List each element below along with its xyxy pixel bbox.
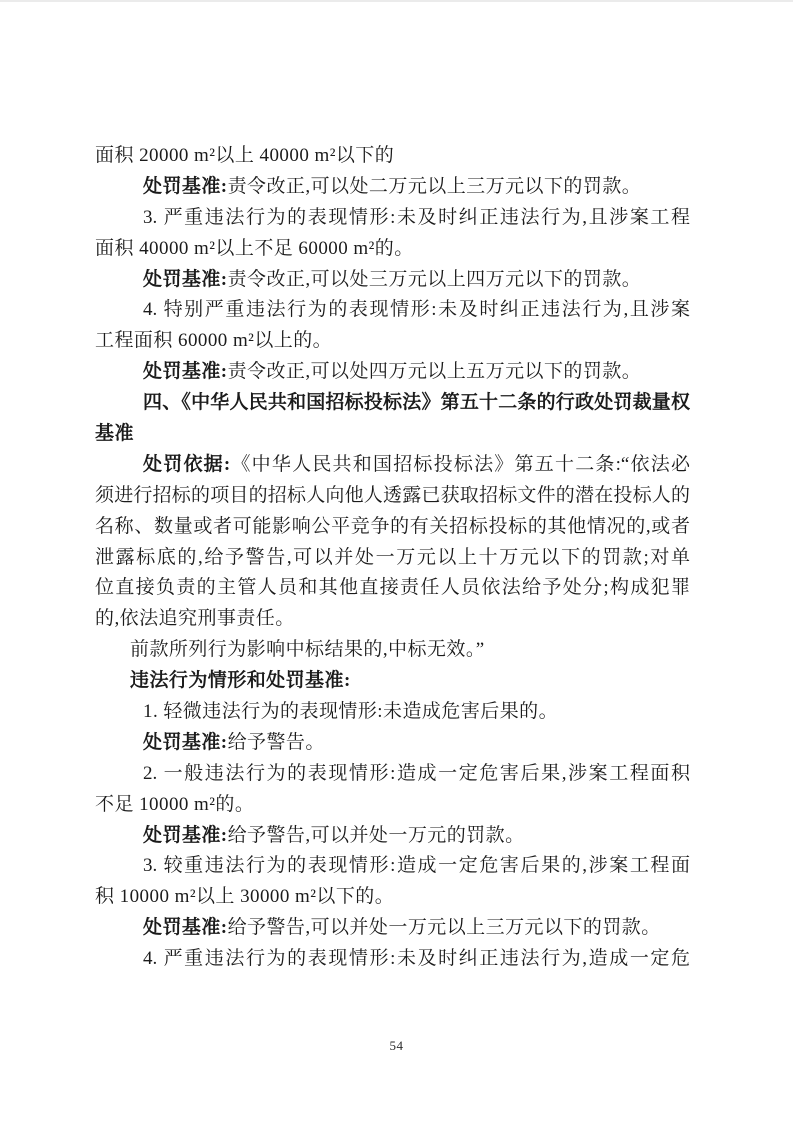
text-line: 处罚基准:责令改正,可以处三万元以上四万元以下的罚款。 (95, 265, 690, 296)
bold-label: 处罚依据: (143, 454, 230, 475)
document-page: 面积 20000 m²以上 40000 m²以下的处罚基准:责令改正,可以处二万… (0, 0, 793, 1122)
text-segment: 须进行招标的项目的招标人向他人透露已获取招标文件的潜在投标人的 (95, 485, 690, 506)
document-body: 面积 20000 m²以上 40000 m²以下的处罚基准:责令改正,可以处二万… (95, 141, 690, 975)
text-line: 1. 轻微违法行为的表现情形:未造成危害后果的。 (95, 697, 690, 728)
text-line: 泄露标底的,给予警告,可以并处一万元以上十万元以下的罚款;对单 (95, 543, 690, 574)
bold-label: 处罚基准: (143, 361, 228, 382)
text-segment: 给予警告。 (228, 732, 325, 753)
text-segment: 面积 20000 m²以上 40000 m²以下的 (95, 145, 394, 166)
text-line: 的,依法追究刑事责任。 (95, 604, 690, 635)
bold-label: 处罚基准: (143, 732, 228, 753)
text-line: 4. 特别严重违法行为的表现情形:未及时纠正违法行为,且涉案 (95, 295, 690, 326)
text-segment: 前款所列行为影响中标结果的,中标无效。” (130, 639, 485, 660)
text-line: 面积 40000 m²以上不足 60000 m²的。 (95, 234, 690, 265)
text-line: 面积 20000 m²以上 40000 m²以下的 (95, 141, 690, 172)
text-line: 积 10000 m²以上 30000 m²以下的。 (95, 882, 690, 913)
bold-label: 处罚基准: (143, 825, 228, 846)
text-line: 工程面积 60000 m²以上的。 (95, 326, 690, 357)
page-number: 54 (0, 1038, 793, 1054)
text-line: 名称、数量或者可能影响公平竞争的有关招标投标的其他情况的,或者 (95, 512, 690, 543)
bold-label: 处罚基准: (143, 269, 228, 290)
bold-label: 处罚基准: (143, 917, 228, 938)
text-line: 处罚基准:给予警告。 (95, 728, 690, 759)
text-segment: 的,依法追究刑事责任。 (95, 608, 295, 629)
text-line: 违法行为情形和处罚基准: (95, 666, 690, 697)
text-segment: 积 10000 m²以上 30000 m²以下的。 (95, 886, 394, 907)
text-line: 4. 严重违法行为的表现情形:未及时纠正违法行为,造成一定危 (95, 944, 690, 975)
text-line: 位直接负责的主管人员和其他直接责任人员依法给予处分;构成犯罪 (95, 573, 690, 604)
text-line: 处罚基准:给予警告,可以并处一万元以上三万元以下的罚款。 (95, 913, 690, 944)
text-segment: 4. 特别严重违法行为的表现情形:未及时纠正违法行为,且涉案 (143, 299, 690, 320)
bold-label: 四、《中华人民共和国招标投标法》第五十二条的行政处罚裁量权 (143, 392, 690, 413)
text-segment: 不足 10000 m²的。 (95, 794, 254, 815)
text-segment: 责令改正,可以处四万元以上五万元以下的罚款。 (228, 361, 642, 382)
text-segment: 3. 严重违法行为的表现情形:未及时纠正违法行为,且涉案工程 (143, 207, 690, 228)
text-segment: 泄露标底的,给予警告,可以并处一万元以上十万元以下的罚款;对单 (95, 547, 690, 568)
text-segment: 给予警告,可以并处一万元的罚款。 (228, 825, 525, 846)
text-segment: 责令改正,可以处三万元以上四万元以下的罚款。 (228, 269, 642, 290)
text-line: 须进行招标的项目的招标人向他人透露已获取招标文件的潜在投标人的 (95, 481, 690, 512)
text-segment: 1. 轻微违法行为的表现情形:未造成危害后果的。 (143, 701, 558, 722)
text-segment: 3. 较重违法行为的表现情形:造成一定危害后果的,涉案工程面 (143, 855, 690, 876)
text-line: 处罚依据:《中华人民共和国招标投标法》第五十二条:“依法必 (95, 450, 690, 481)
text-segment: 位直接负责的主管人员和其他直接责任人员依法给予处分;构成犯罪 (95, 577, 690, 598)
text-line: 基准 (95, 419, 690, 450)
text-line: 处罚基准:责令改正,可以处二万元以上三万元以下的罚款。 (95, 172, 690, 203)
bold-label: 处罚基准: (143, 176, 228, 197)
text-line: 前款所列行为影响中标结果的,中标无效。” (95, 635, 690, 666)
bold-label: 基准 (95, 423, 134, 444)
text-segment: 责令改正,可以处二万元以上三万元以下的罚款。 (228, 176, 642, 197)
text-line: 处罚基准:责令改正,可以处四万元以上五万元以下的罚款。 (95, 357, 690, 388)
text-line: 3. 较重违法行为的表现情形:造成一定危害后果的,涉案工程面 (95, 851, 690, 882)
text-segment: 4. 严重违法行为的表现情形:未及时纠正违法行为,造成一定危 (143, 948, 690, 969)
text-line: 四、《中华人民共和国招标投标法》第五十二条的行政处罚裁量权 (95, 388, 690, 419)
text-line: 不足 10000 m²的。 (95, 790, 690, 821)
bold-label: 违法行为情形和处罚基准: (130, 670, 351, 691)
text-segment: 《中华人民共和国招标投标法》第五十二条:“依法必 (230, 454, 690, 475)
text-segment: 给予警告,可以并处一万元以上三万元以下的罚款。 (228, 917, 661, 938)
text-segment: 名称、数量或者可能影响公平竞争的有关招标投标的其他情况的,或者 (95, 516, 690, 537)
text-line: 3. 严重违法行为的表现情形:未及时纠正违法行为,且涉案工程 (95, 203, 690, 234)
text-line: 处罚基准:给予警告,可以并处一万元的罚款。 (95, 821, 690, 852)
text-line: 2. 一般违法行为的表现情形:造成一定危害后果,涉案工程面积 (95, 759, 690, 790)
text-segment: 工程面积 60000 m²以上的。 (95, 330, 332, 351)
text-segment: 面积 40000 m²以上不足 60000 m²的。 (95, 238, 414, 259)
text-segment: 2. 一般违法行为的表现情形:造成一定危害后果,涉案工程面积 (143, 763, 690, 784)
